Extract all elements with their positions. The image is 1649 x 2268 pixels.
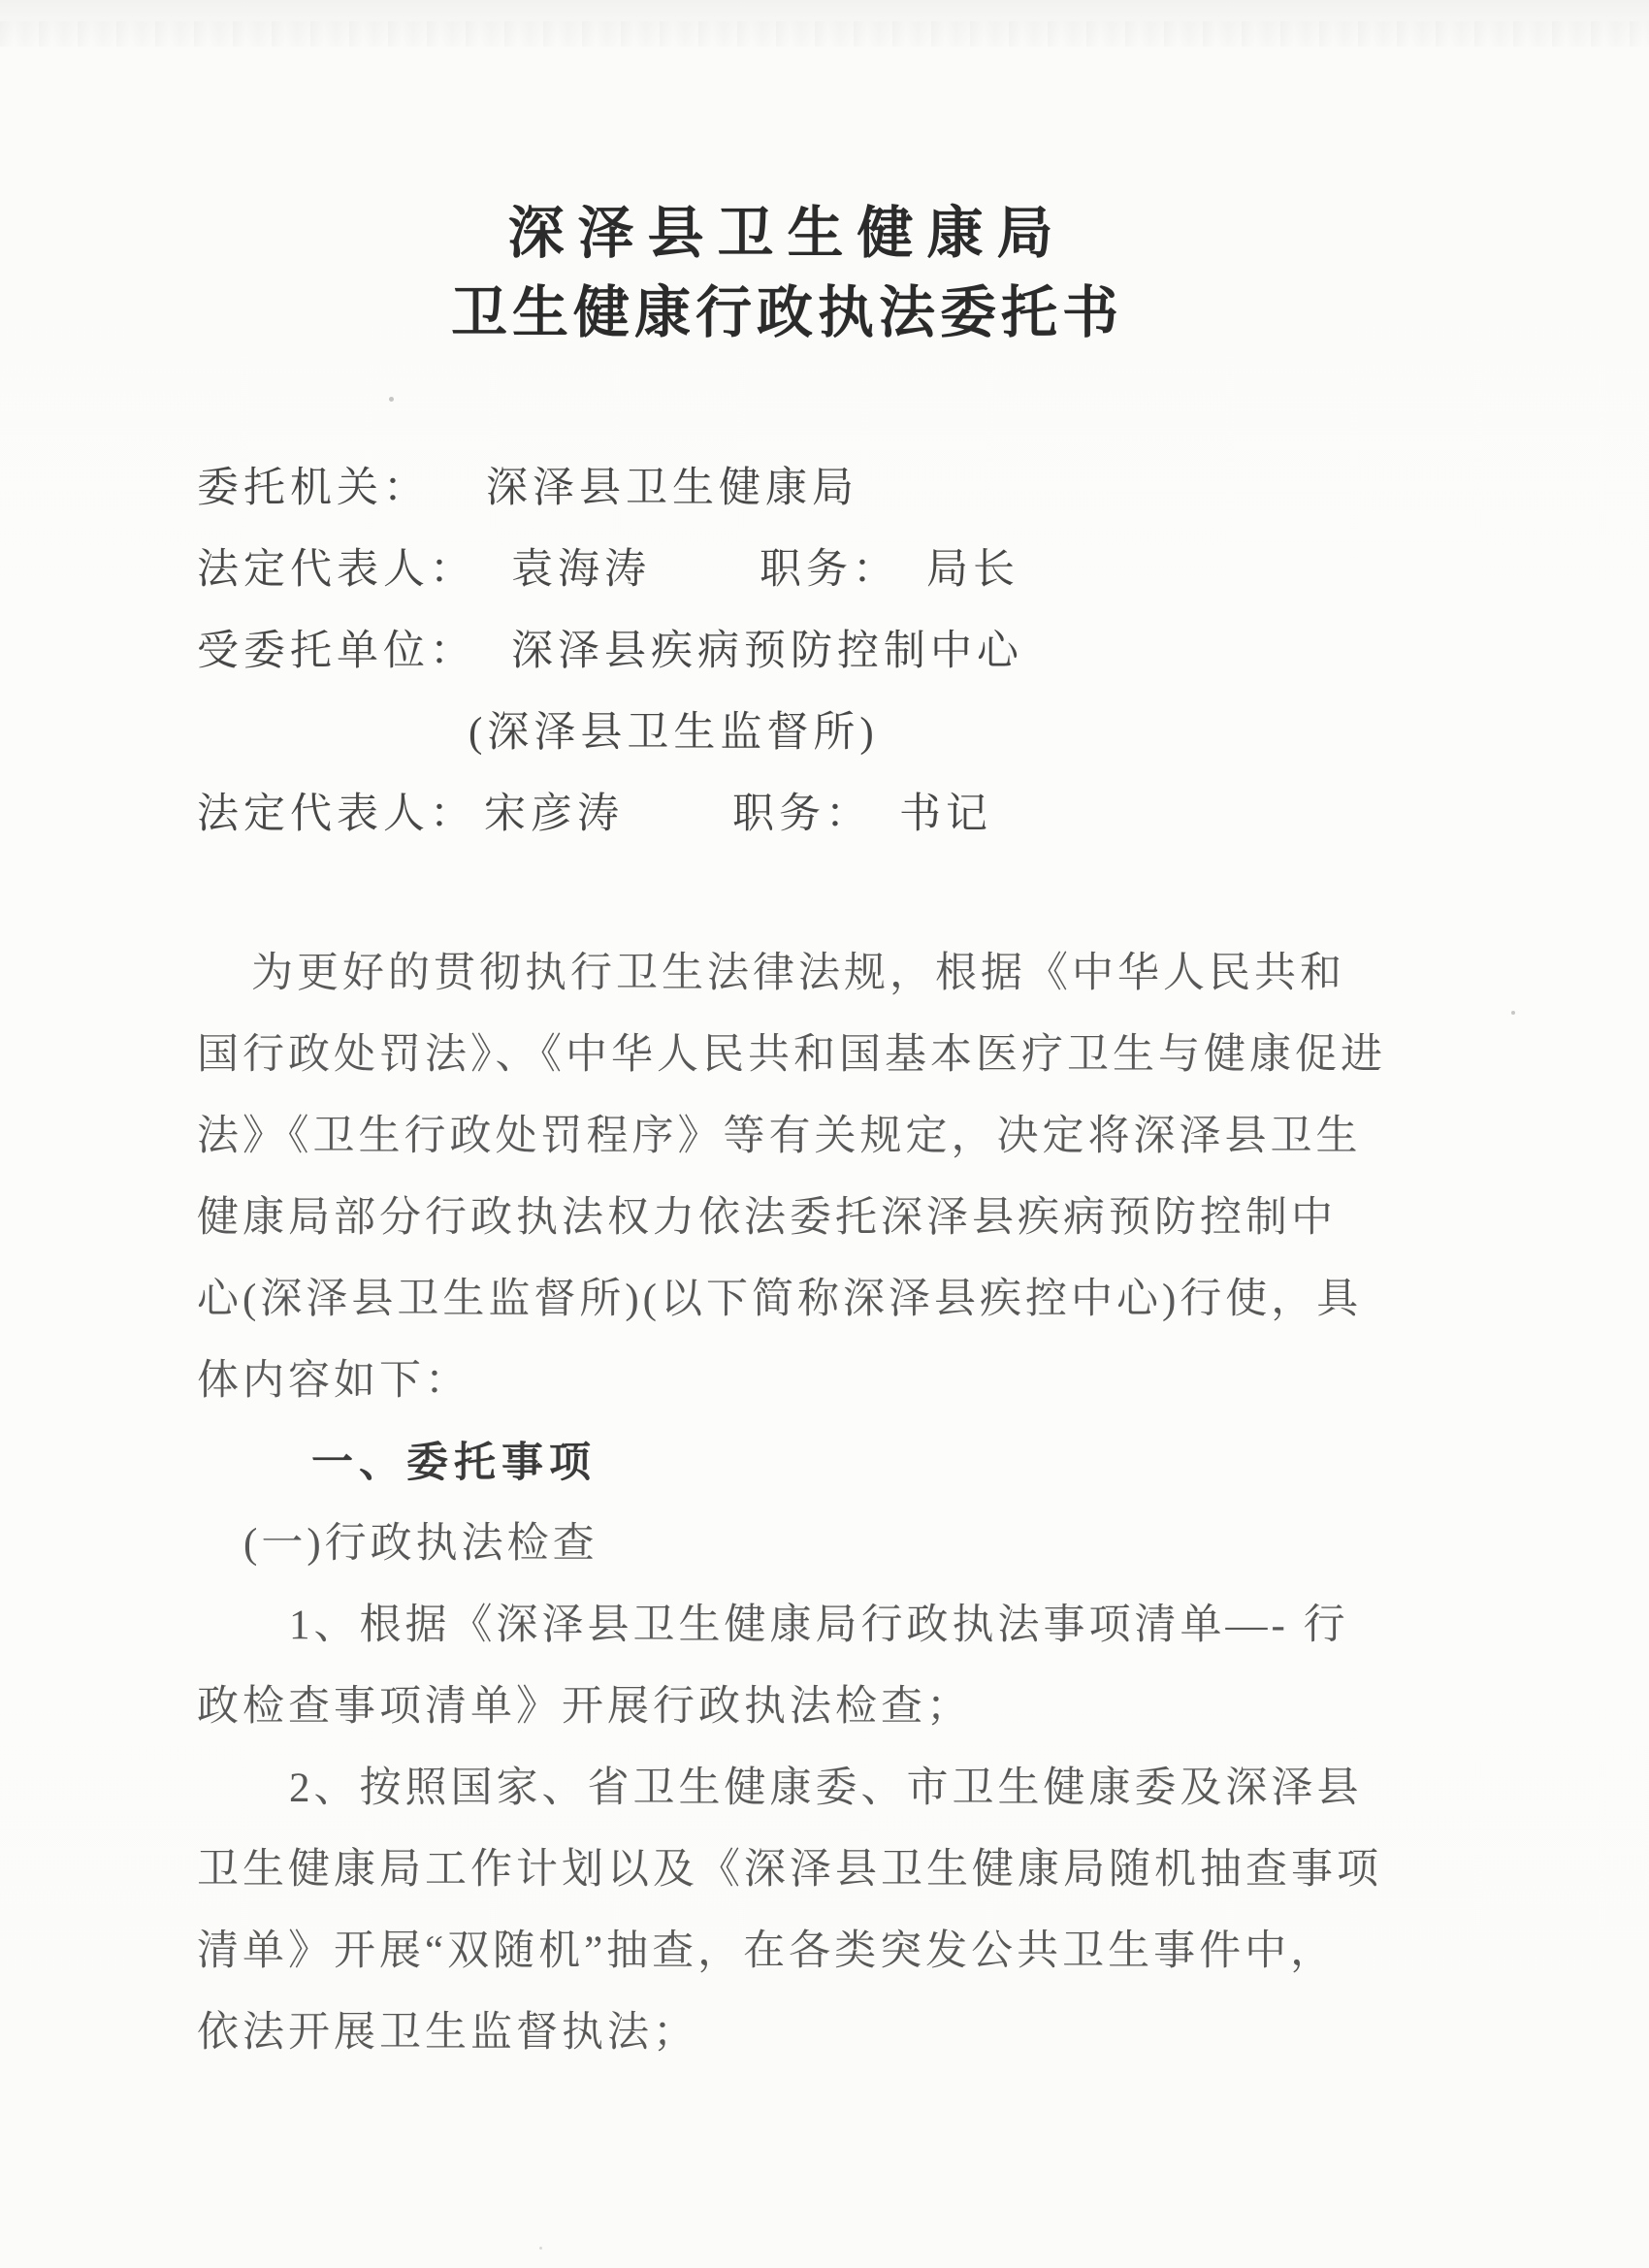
field-value: 深泽县疾病预防控制中心 — [511, 629, 1023, 674]
info-row-entrusted-unit: 受委托单位：深泽县疾病预防控制中心 — [197, 611, 1377, 693]
field-value: 书记 — [899, 792, 992, 837]
field-label: 法定代表人： — [197, 792, 476, 837]
info-row-legal-rep-1: 法定代表人：袁海涛职务：局长 — [197, 530, 1377, 611]
section-heading: 一、委托事项 — [197, 1422, 1377, 1504]
item2-line: 卫生健康局工作计划以及《深泽县卫生健康局随机抽查事项 — [197, 1830, 1377, 1911]
scan-speck — [539, 2247, 542, 2250]
item2-line: 2、按照国家、省卫生健康委、市卫生健康委及深泽县 — [197, 1748, 1377, 1830]
info-row-legal-rep-2: 法定代表人：宋彦涛职务：书记 — [197, 774, 1377, 856]
intro-line: 健康局部分行政执法权力依法委托深泽县疾病预防控制中 — [197, 1178, 1377, 1259]
document-content: 深泽县卫生健康局 卫生健康行政执法委托书 委托机关：深泽县卫生健康局 法定代表人… — [197, 0, 1377, 2074]
field-label: 法定代表人： — [197, 547, 476, 593]
field-value: 宋彦涛 — [484, 792, 624, 837]
field-label: 职务： — [732, 792, 872, 837]
field-value: 深泽县卫生健康局 — [486, 466, 858, 511]
info-block: 委托机关：深泽县卫生健康局 法定代表人：袁海涛职务：局长 受委托单位：深泽县疾病… — [197, 448, 1377, 856]
field-label: 受委托单位： — [197, 629, 476, 674]
field-value: (深泽县卫生监督所) — [469, 710, 879, 756]
section-subheading: (一)行政执法检查 — [197, 1504, 1377, 1585]
body-text: 为更好的贯彻执行卫生法律法规，根据《中华人民共和 国行政处罚法》、《中华人民共和… — [197, 933, 1377, 2074]
intro-line: 为更好的贯彻执行卫生法律法规，根据《中华人民共和 — [197, 933, 1377, 1015]
field-label: 职务： — [760, 547, 899, 593]
intro-line: 体内容如下： — [197, 1341, 1377, 1422]
item1-line: 政检查事项清单》开展行政执法检查； — [197, 1667, 1377, 1748]
scan-speck — [1511, 1011, 1515, 1015]
intro-line: 心(深泽县卫生监督所)(以下简称深泽县疾控中心)行使，具 — [197, 1259, 1377, 1341]
item2-line: 清单》开展“双随机”抽查，在各类突发公共卫生事件中， — [197, 1911, 1377, 1993]
info-row-entrusted-unit-alias: (深泽县卫生监督所) — [197, 693, 1377, 774]
scanned-document-page: 深泽县卫生健康局 卫生健康行政执法委托书 委托机关：深泽县卫生健康局 法定代表人… — [0, 0, 1649, 2268]
intro-line: 法》《卫生行政处罚程序》等有关规定，决定将深泽县卫生 — [197, 1096, 1377, 1178]
title-line-1: 深泽县卫生健康局 — [197, 194, 1377, 274]
document-title: 深泽县卫生健康局 卫生健康行政执法委托书 — [197, 194, 1377, 353]
item2-line: 依法开展卫生监督执法； — [197, 1993, 1377, 2074]
field-value: 局长 — [926, 547, 1019, 593]
info-row-entrusting-organ: 委托机关：深泽县卫生健康局 — [197, 448, 1377, 530]
title-line-2: 卫生健康行政执法委托书 — [197, 274, 1377, 353]
field-value: 袁海涛 — [511, 547, 651, 593]
field-label: 委托机关： — [197, 466, 430, 511]
intro-line: 国行政处罚法》、《中华人民共和国基本医疗卫生与健康促进 — [197, 1015, 1377, 1096]
item1-line: 1、根据《深泽县卫生健康局行政执法事项清单—- 行 — [197, 1585, 1377, 1667]
